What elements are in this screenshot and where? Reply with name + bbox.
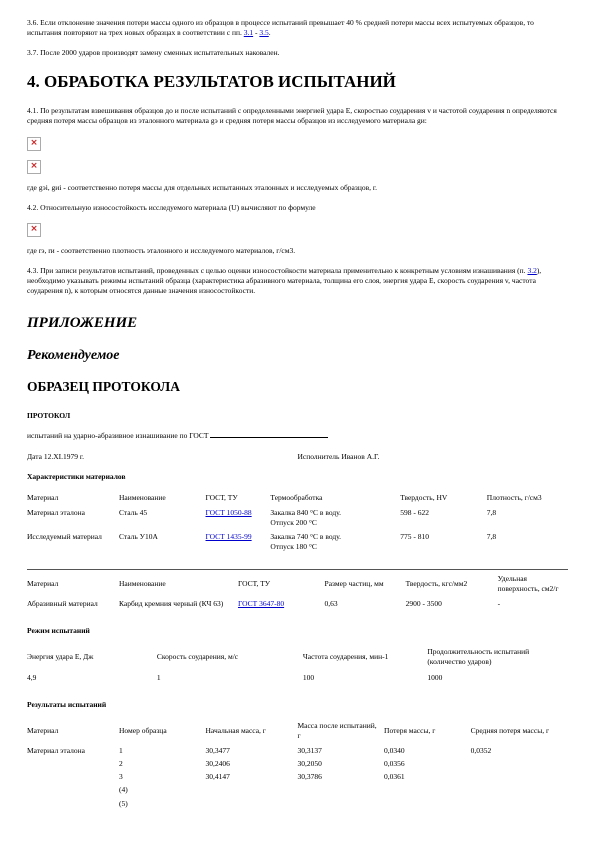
paragraph-3-7: 3.7. После 2000 ударов производят замену… [27,48,568,58]
cell-avg-mass-loss [471,771,568,784]
abrasive-table: Материал Наименование ГОСТ, ТУ Размер ча… [27,569,568,611]
link-clause-3-5[interactable]: 3.5 [259,28,268,37]
cell-material [27,798,119,811]
protocol-label: ПРОТОКОЛ [27,411,568,421]
cell-sample-number: (5) [119,798,206,811]
paragraph-4-1-note: где gэi, gиi - соответственно потеря мас… [27,183,568,193]
cell-gost: ГОСТ 1050-88 [206,507,271,530]
gost-number-blank [210,430,328,438]
column-header: Потеря массы, г [384,720,471,745]
protocol-date: Дата 12.XI.1979 г. [27,452,298,462]
column-header: Плотность, г/см3 [487,492,568,507]
mode-section-heading: Режим испытаний [27,626,568,636]
cell-material [27,771,119,784]
cell-material [27,784,119,797]
cell-sample-number: 2 [119,758,206,771]
test-mode-table: Энергия удара E, Дж Скорость соударения,… [27,646,568,684]
column-header: Энергия удара E, Дж [27,646,157,671]
document-page: { "colors": { "background": "#ffffff", "… [0,0,595,846]
column-header: Продолжительность испытаний (количество … [427,646,568,671]
column-header: Размер частиц, мм [325,569,406,598]
paragraph-4-2-note: где rэ, rи - соответственно плотность эт… [27,246,568,256]
recommended-heading: Рекомендуемое [27,347,568,366]
table-row: (5) [27,798,568,811]
section-4-heading: 4. ОБРАБОТКА РЕЗУЛЬТАТОВ ИСПЫТАНИЙ [27,71,568,94]
column-header: Материал [27,569,119,598]
column-header: Наименование [119,569,238,598]
cell-mass-after [297,784,384,797]
table-row: 3 30,4147 30,3786 0,0361 [27,771,568,784]
cell-material: Исследуемый материал [27,531,119,554]
table-header-row: Материал Наименование ГОСТ, ТУ Размер ча… [27,569,568,598]
broken-image-icon: × [27,160,41,174]
cell-hardness: 775 - 810 [400,531,487,554]
appendix-heading: ПРИЛОЖЕНИЕ [27,313,568,333]
column-header: Частота соударения, мин-1 [303,646,427,671]
cell-material: Материал эталона [27,507,119,530]
protocol-executor: Исполнитель Иванов А.Г. [298,452,380,462]
materials-table: Материал Наименование ГОСТ, ТУ Термообра… [27,492,568,554]
cell-initial-mass: 30,4147 [206,771,298,784]
column-header: Удельная поверхность, см2/г [498,569,568,598]
cell-hardness: 598 - 622 [400,507,487,530]
cell-sample-number: (4) [119,784,206,797]
paragraph-text: 4.3. При записи результатов испытаний, п… [27,266,527,275]
broken-image-icon: × [27,223,41,237]
cell-avg-mass-loss [471,784,568,797]
cell-mass-loss: 0,0361 [384,771,471,784]
cell-hardness: 2900 - 3500 [406,598,498,611]
cell-treatment: Закалка 840 °С в воду.Отпуск 200 °С [270,507,400,530]
column-header: Средняя потеря массы, г [471,720,568,745]
cell-mass-loss [384,798,471,811]
date-executor-row: Дата 12.XI.1979 г. Исполнитель Иванов А.… [27,452,568,462]
cell-mass-loss [384,784,471,797]
formula-image-3: × [27,223,568,237]
cell-initial-mass: 30,2406 [206,758,298,771]
cell-material [27,758,119,771]
cell-name: Сталь 45 [119,507,206,530]
column-header: Масса после испытаний, г [297,720,384,745]
cell-sample-number: 3 [119,771,206,784]
column-header: Наименование [119,492,206,507]
cell-initial-mass: 30,3477 [206,745,298,758]
link-clause-3-2[interactable]: 3.2 [527,266,536,275]
column-header: Материал [27,720,119,745]
sample-protocol-heading: ОБРАЗЕЦ ПРОТОКОЛА [27,378,568,396]
cell-mass-after: 30,3786 [297,771,384,784]
cell-particle-size: 0,63 [325,598,406,611]
table-row: Абразивный материал Карбид кремния черны… [27,598,568,611]
paragraph-text: 3.6. Если отклонение значения потери мас… [27,18,534,37]
link-clause-3-1[interactable]: 3.1 [244,28,253,37]
column-header: Номер образца [119,720,206,745]
cell-name: Карбид кремния черный (КЧ 63) [119,598,238,611]
table-header-row: Материал Наименование ГОСТ, ТУ Термообра… [27,492,568,507]
column-header: Материал [27,492,119,507]
table-header-row: Материал Номер образца Начальная масса, … [27,720,568,745]
cell-gost: ГОСТ 1435-99 [206,531,271,554]
table-row: 4,9 1 100 1000 [27,672,568,685]
protocol-subtitle: испытаний на ударно-абразивное изнашиван… [27,430,568,441]
cell-name: Сталь У10А [119,531,206,554]
formula-image-1: × [27,137,568,151]
cell-avg-mass-loss [471,798,568,811]
cell-density: 7,8 [487,507,568,530]
paragraph-text: . [269,28,271,37]
column-header: Твердость, HV [400,492,487,507]
column-header: Твердость, кгс/мм2 [406,569,498,598]
table-row: Материал эталона Сталь 45 ГОСТ 1050-88 З… [27,507,568,530]
link-gost-1435-99[interactable]: ГОСТ 1435-99 [206,532,252,541]
results-section-heading: Результаты испытаний [27,700,568,710]
treatment-line-1: Закалка 740 °С в воду. [270,532,394,542]
link-gost-1050-88[interactable]: ГОСТ 1050-88 [206,508,252,517]
cell-initial-mass [206,798,298,811]
column-header: Скорость соударения, м/с [157,646,303,671]
cell-density: 7,8 [487,531,568,554]
materials-section-heading: Характеристики материалов [27,472,568,482]
cell-treatment: Закалка 740 °С в воду.Отпуск 180 °С [270,531,400,554]
paragraph-3-6: 3.6. Если отклонение значения потери мас… [27,18,568,38]
cell-mass-after: 30,2050 [297,758,384,771]
cell-avg-mass-loss [471,758,568,771]
column-header: Термообработка [270,492,400,507]
broken-image-icon: × [27,137,41,151]
cell-material: Абразивный материал [27,598,119,611]
treatment-line-2: Отпуск 180 °С [270,542,394,552]
cell-mass-after: 30,3137 [297,745,384,758]
cell-impact-energy: 4,9 [27,672,157,685]
subtitle-text: испытаний на ударно-абразивное изнашиван… [27,431,208,440]
cell-material: Материал эталона [27,745,119,758]
link-gost-3647-80[interactable]: ГОСТ 3647-80 [238,599,284,608]
results-table: Материал Номер образца Начальная масса, … [27,720,568,811]
table-row: (4) [27,784,568,797]
cell-avg-mass-loss: 0,0352 [471,745,568,758]
cell-mass-loss: 0,0340 [384,745,471,758]
paragraph-4-1: 4.1. По результатам взвешивания образцов… [27,106,568,126]
paragraph-4-3: 4.3. При записи результатов испытаний, п… [27,266,568,296]
cell-mass-loss: 0,0356 [384,758,471,771]
column-header: ГОСТ, ТУ [206,492,271,507]
cell-impact-frequency: 100 [303,672,427,685]
table-row: Материал эталона 1 30,3477 30,3137 0,034… [27,745,568,758]
cell-gost: ГОСТ 3647-80 [238,598,325,611]
cell-impact-speed: 1 [157,672,303,685]
formula-image-2: × [27,160,568,174]
column-header: ГОСТ, ТУ [238,569,325,598]
paragraph-4-2: 4.2. Относительную износостойкость иссле… [27,203,568,213]
treatment-line-1: Закалка 840 °С в воду. [270,508,394,518]
cell-initial-mass [206,784,298,797]
cell-test-duration: 1000 [427,672,568,685]
table-row: Исследуемый материал Сталь У10А ГОСТ 143… [27,531,568,554]
column-header: Начальная масса, г [206,720,298,745]
table-header-row: Энергия удара E, Дж Скорость соударения,… [27,646,568,671]
cell-sample-number: 1 [119,745,206,758]
treatment-line-2: Отпуск 200 °С [270,518,394,528]
table-row: 2 30,2406 30,2050 0,0356 [27,758,568,771]
cell-mass-after [297,798,384,811]
cell-surface: - [498,598,568,611]
